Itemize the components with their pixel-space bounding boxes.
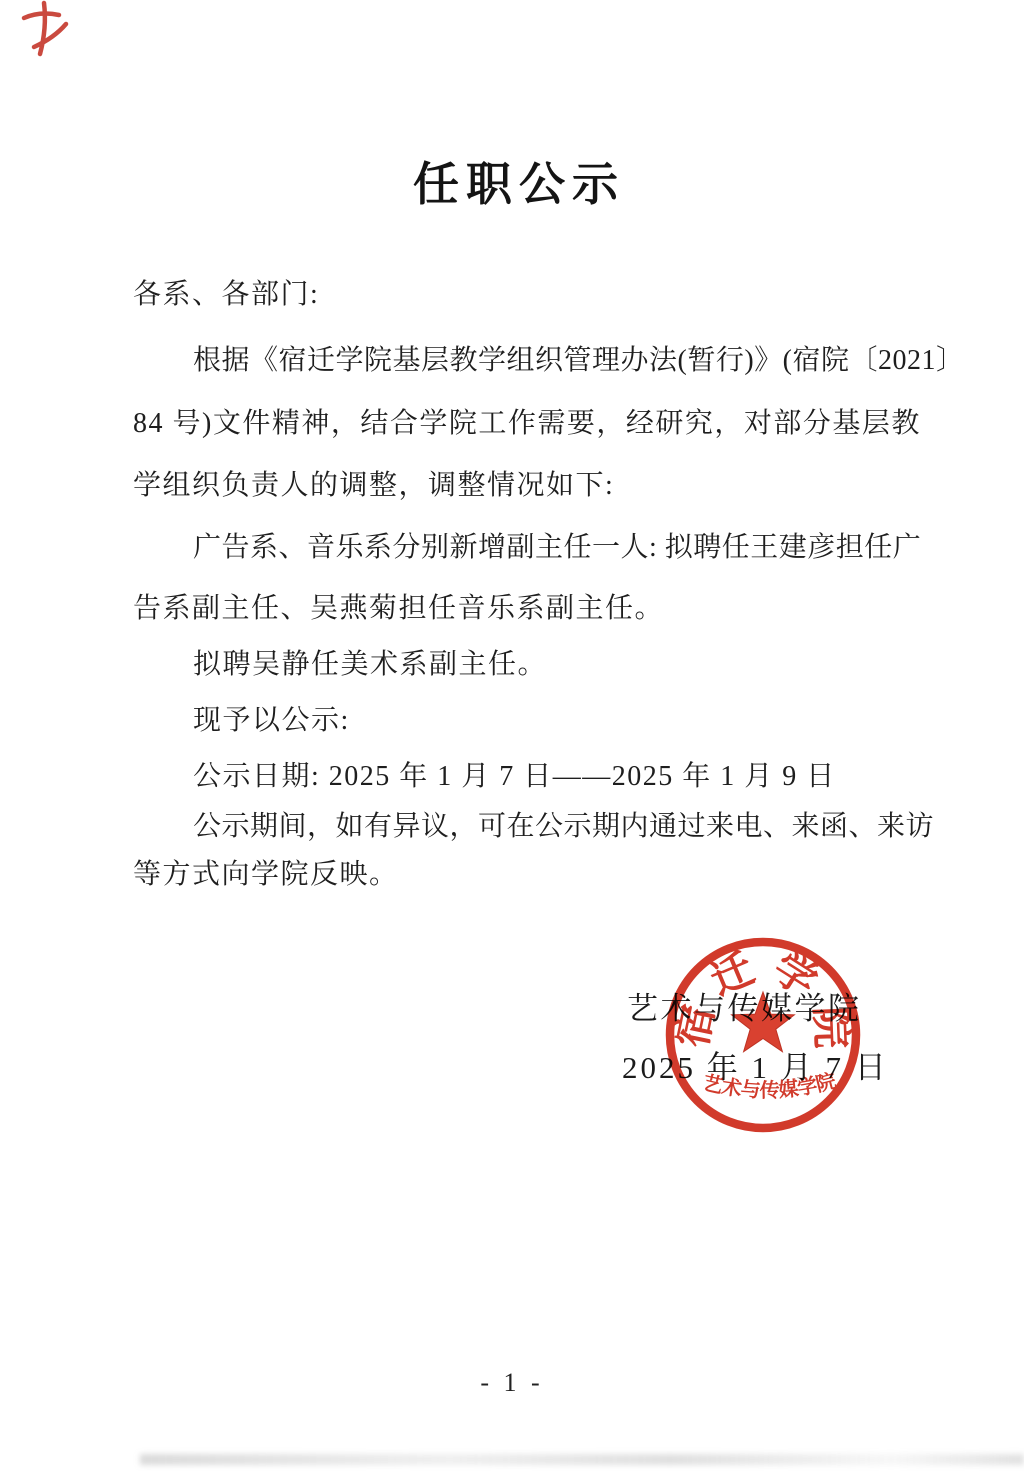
- document-line: 告系副主任、吴燕菊担任音乐系副主任。: [133, 592, 664, 626]
- seal-star-icon: [732, 992, 795, 1052]
- scanned-document-page: 任职公示 各系、各部门: 根据《宿迁学院基层教学组织管理办法(暂行)》(宿院〔2…: [0, 0, 1024, 1471]
- publicity-date-line: 公示日期: 2025 年 1 月 7 日——2025 年 1 月 9 日: [193, 760, 836, 794]
- salutation-line: 各系、各部门:: [133, 278, 319, 312]
- scan-artifact-band: [140, 1454, 1024, 1465]
- page-number: - 1 -: [0, 1368, 1024, 1398]
- red-pen-strokes-icon: [14, 0, 94, 75]
- document-title: 任职公示: [7, 148, 1024, 214]
- document-line: 广告系、音乐系分别新增副主任一人: 拟聘任王建彦担任广: [193, 531, 921, 565]
- official-seal: 宿迁学院 艺术与传媒学院: [653, 925, 877, 1149]
- document-line: 根据《宿迁学院基层教学组织管理办法(暂行)》(宿院〔2021〕: [193, 344, 964, 378]
- document-line: 拟聘吴静任美术系副主任。: [193, 648, 547, 682]
- document-line: 84 号)文件精神，结合学院工作需要，经研究，对部分基层教: [133, 407, 921, 441]
- seal-bottom-arc-text: 艺术与传媒学院: [701, 1068, 839, 1102]
- document-line: 等方式向学院反映。: [133, 858, 399, 892]
- document-line: 现予以公示:: [193, 704, 350, 738]
- document-line: 公示期间，如有异议，可在公示期内通过来电、来函、来访: [193, 810, 934, 844]
- document-line: 学组织负责人的调整，调整情况如下:: [133, 469, 614, 503]
